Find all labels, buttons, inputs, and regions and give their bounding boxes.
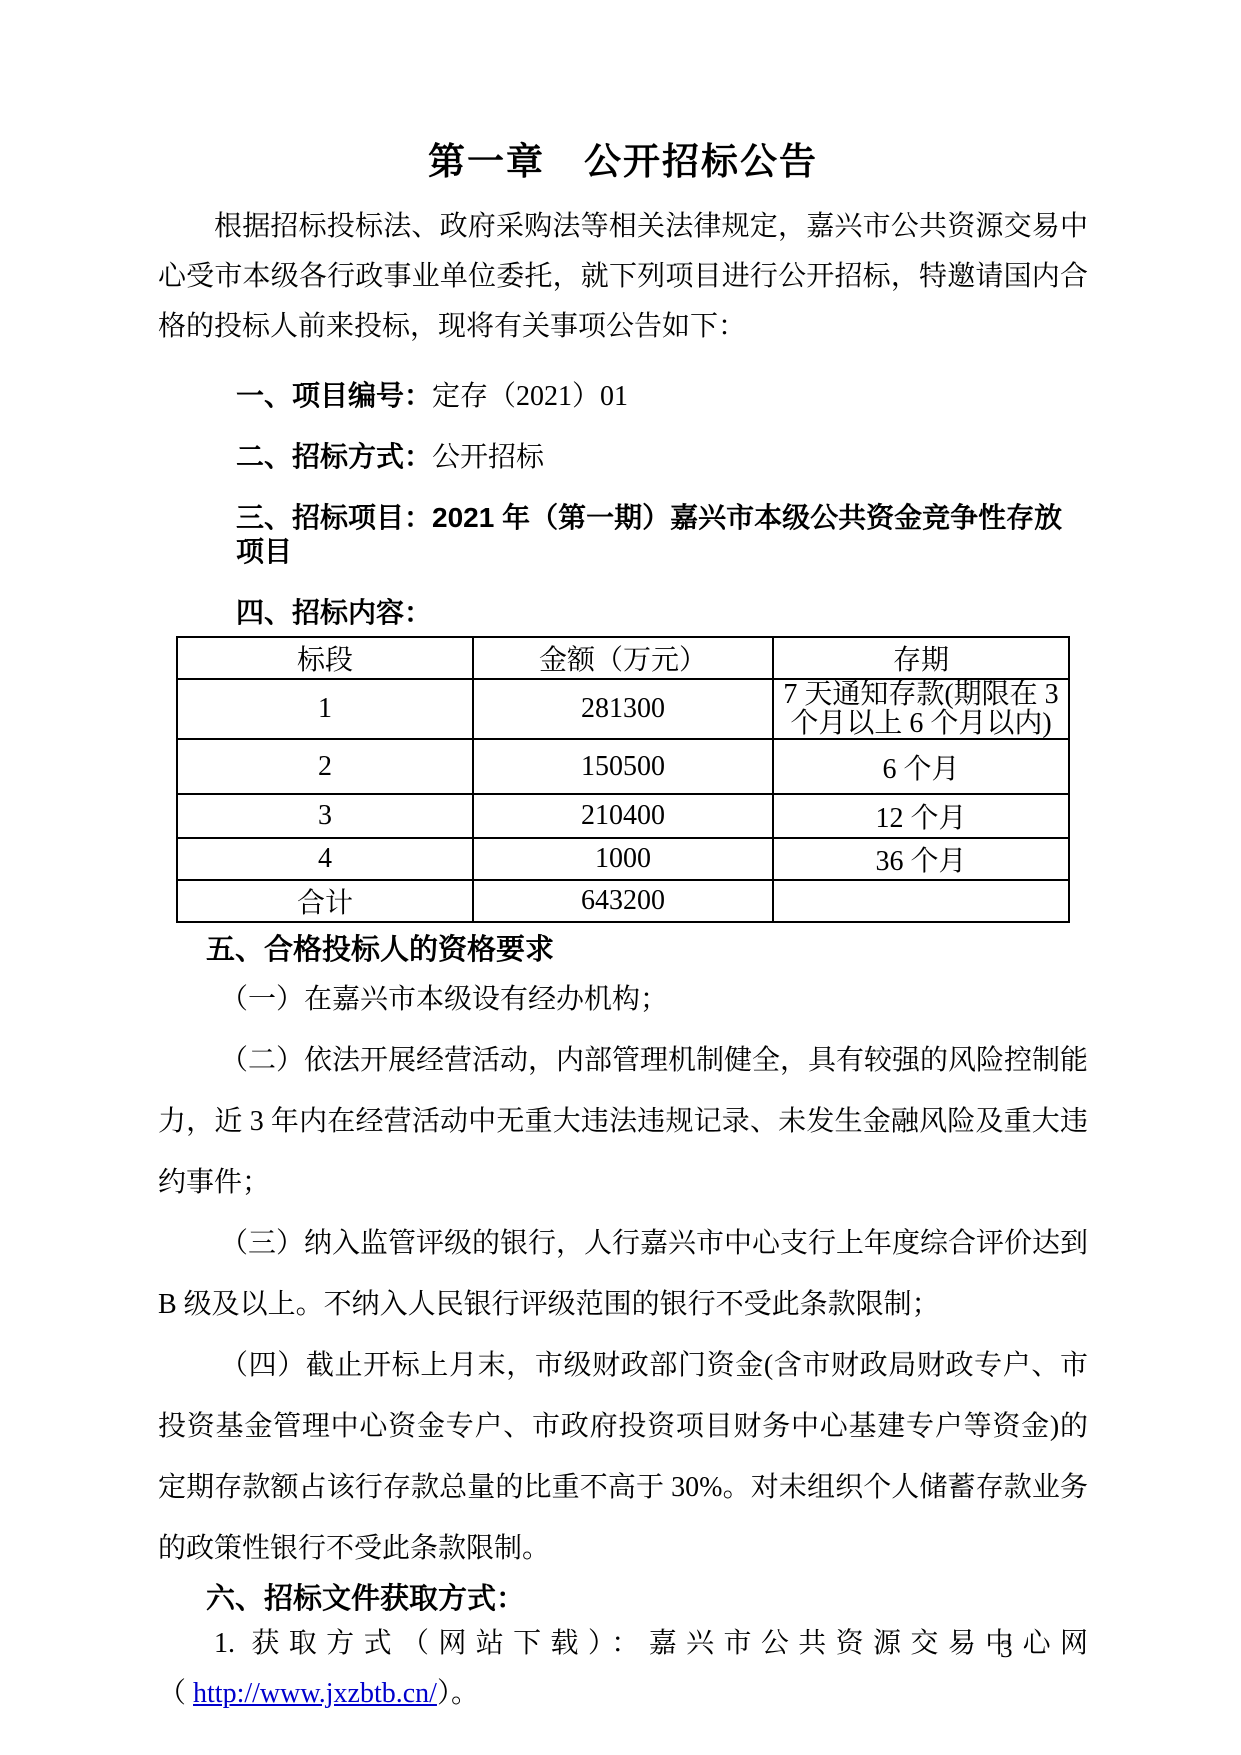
page-number: 3	[1000, 1636, 1013, 1664]
item-bid-method: 二、招标方式：公开招标	[158, 440, 1088, 474]
cell-section-total: 合计	[177, 880, 473, 922]
cell-section: 3	[177, 794, 473, 838]
item-bid-project: 三、招标项目：2021 年（第一期）嘉兴市本级公共资金竞争性存放项目	[158, 501, 1088, 569]
acquisition-method-line: 1. 获取方式（网站下载）：嘉兴市公共资源交易中心网	[158, 1619, 1088, 1669]
item-bid-method-label: 二、招标方式：	[236, 441, 432, 472]
url-open-paren: （	[158, 1678, 193, 1709]
col-header-amount: 金额（万元）	[473, 637, 773, 679]
document-page: 第一章 公开招标公告 根据招标投标法、政府采购法等相关法律规定，嘉兴市公共资源交…	[0, 0, 1241, 1755]
qualification-heading: 五、合格投标人的资格要求	[158, 933, 1088, 967]
table-row: 1 281300 7 天通知存款(期限在 3 个月以上 6 个月以内)	[177, 679, 1069, 739]
url-close-paren: ）。	[437, 1678, 479, 1709]
table-row: 2 150500 6 个月	[177, 739, 1069, 794]
clause-3: （三）纳入监管评级的银行，人行嘉兴市中心支行上年度综合评价达到 B 级及以上。不…	[158, 1213, 1088, 1335]
cell-section: 2	[177, 739, 473, 794]
item-bid-content: 四、招标内容：	[158, 596, 1088, 630]
clause-1: （一）在嘉兴市本级设有经办机构；	[158, 969, 1088, 1030]
cell-term: 12 个月	[773, 794, 1069, 838]
cell-term: 6 个月	[773, 739, 1069, 794]
cell-amount: 281300	[473, 679, 773, 739]
cell-term: 7 天通知存款(期限在 3 个月以上 6 个月以内)	[773, 679, 1069, 739]
item-project-number: 一、项目编号：定存（2021）01	[158, 379, 1088, 413]
table-header-row: 标段 金额（万元） 存期	[177, 637, 1069, 679]
cell-section: 4	[177, 838, 473, 880]
clause-4: （四）截止开标上月末，市级财政部门资金(含市财政局财政专户、市投资基金管理中心资…	[158, 1335, 1088, 1579]
cell-section: 1	[177, 679, 473, 739]
tender-website-link[interactable]: http://www.jxzbtb.cn/	[193, 1678, 437, 1709]
cell-amount: 1000	[473, 838, 773, 880]
item-project-number-label: 一、项目编号：	[236, 380, 432, 411]
acquisition-url-line: （ http://www.jxzbtb.cn/）。	[158, 1669, 1088, 1719]
item-bid-method-value: 公开招标	[432, 442, 544, 473]
cell-term-total	[773, 880, 1069, 922]
col-header-term: 存期	[773, 637, 1069, 679]
col-header-section: 标段	[177, 637, 473, 679]
cell-amount: 210400	[473, 794, 773, 838]
cell-term: 36 个月	[773, 838, 1069, 880]
acquisition-heading: 六、招标文件获取方式：	[158, 1579, 1088, 1619]
bid-sections-table: 标段 金额（万元） 存期 1 281300 7 天通知存款(期限在 3 个月以上…	[176, 636, 1070, 923]
cell-amount-total: 643200	[473, 880, 773, 922]
chapter-title: 第一章 公开招标公告	[158, 0, 1088, 186]
intro-paragraph: 根据招标投标法、政府采购法等相关法律规定，嘉兴市公共资源交易中心受市本级各行政事…	[158, 202, 1088, 352]
clause-2: （二）依法开展经营活动，内部管理机制健全，具有较强的风险控制能力，近 3 年内在…	[158, 1030, 1088, 1213]
cell-amount: 150500	[473, 739, 773, 794]
table-row: 4 1000 36 个月	[177, 838, 1069, 880]
qualification-clauses: （一）在嘉兴市本级设有经办机构； （二）依法开展经营活动，内部管理机制健全，具有…	[158, 969, 1088, 1579]
table-row: 3 210400 12 个月	[177, 794, 1069, 838]
item-bid-content-label: 四、招标内容：	[236, 597, 432, 628]
item-project-number-value: 定存（2021）01	[432, 381, 628, 412]
table-total-row: 合计 643200	[177, 880, 1069, 922]
item-bid-project-label: 三、招标项目：	[236, 502, 432, 533]
